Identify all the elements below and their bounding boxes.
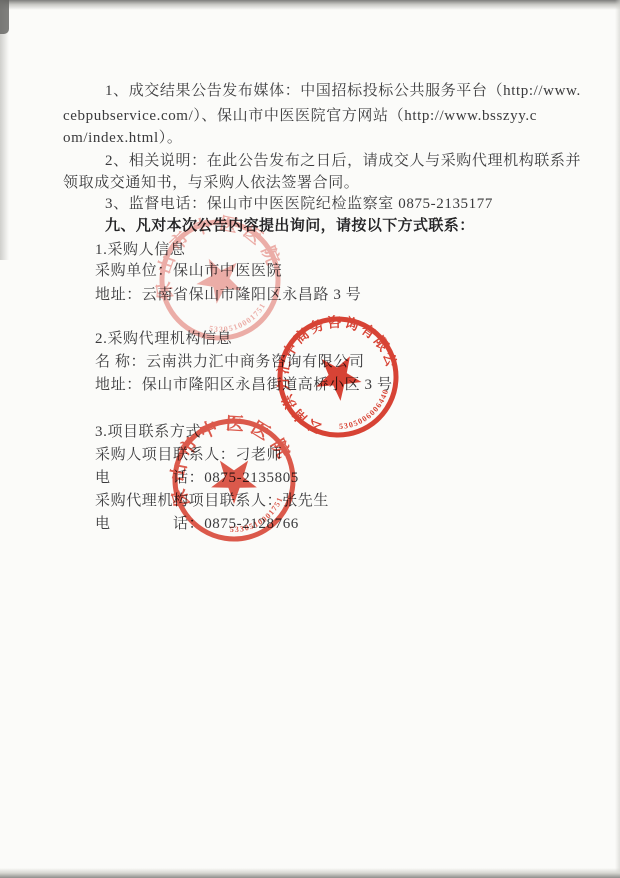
doc-line-supervise-phone: 3、监督电话：保山市中医医院纪检监察室 0875-2135177 bbox=[105, 196, 493, 213]
doc-line-agency-name: 名 称：云南洪力汇中商务咨询有限公司 bbox=[95, 354, 365, 371]
scanned-document-page: 1、成交结果公告发布媒体：中国招标投标公共服务平台（http://www. ce… bbox=[0, 0, 620, 878]
doc-line-buyer-address: 地址：云南省保山市隆阳区永昌路 3 号 bbox=[95, 287, 361, 304]
doc-line-buyer-contact: 采购人项目联系人：刁老师 bbox=[95, 447, 282, 464]
scan-edge-top bbox=[0, 0, 620, 10]
scan-corner-mark bbox=[0, 0, 9, 34]
doc-heading-section-9: 九、凡对本次公告内容提出询问，请按以下方式联系： bbox=[105, 218, 475, 235]
doc-line-agency-address: 地址：保山市隆阳区永昌街道高桥小区 3 号 bbox=[95, 377, 393, 394]
seal-name-arc: 保山市中医医院 bbox=[154, 400, 299, 534]
scan-edge-left bbox=[0, 0, 9, 260]
scan-edge-bottom bbox=[0, 868, 620, 878]
doc-line-buyer-info-title: 1.采购人信息 bbox=[95, 242, 185, 259]
doc-line-agency-contact: 采购代理机构项目联系人：张先生 bbox=[95, 493, 329, 510]
doc-line-agency-phone: 电 话：0875-2128766 bbox=[95, 516, 299, 533]
doc-line-url-wrap-1: cebpubservice.com/）、保山市中医医院官方网站（http://w… bbox=[63, 108, 537, 125]
scan-edge-right bbox=[615, 0, 620, 878]
doc-line-contact-title: 3.项目联系方式 bbox=[95, 424, 201, 441]
doc-line-related-note: 2、相关说明：在此公告发布之日后，请成交人与采购代理机构联系并 bbox=[105, 153, 581, 170]
doc-line-agency-info-title: 2.采购代理机构信息 bbox=[95, 331, 232, 348]
doc-line-publish-media: 1、成交结果公告发布媒体：中国招标投标公共服务平台（http://www. bbox=[105, 83, 581, 100]
doc-line-url-wrap-2: om/index.html）。 bbox=[63, 130, 182, 147]
doc-line-buyer-phone: 电 话：0875-2135805 bbox=[95, 470, 299, 487]
svg-text:保山市中医医院: 保山市中医医院 bbox=[154, 400, 299, 534]
doc-line-related-note-wrap: 领取成交通知书，与采购人依法签署合同。 bbox=[63, 175, 359, 192]
doc-line-buyer-unit: 采购单位：保山市中医医院 bbox=[95, 263, 282, 280]
